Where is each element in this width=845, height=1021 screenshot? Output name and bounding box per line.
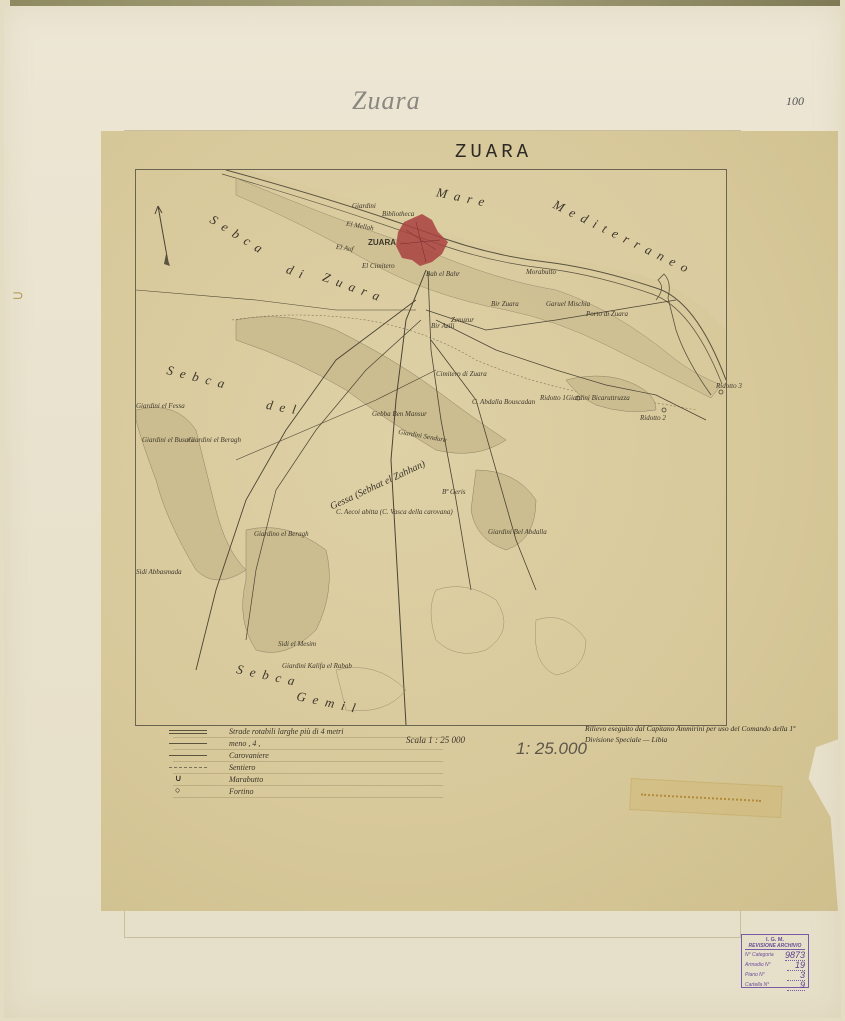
- ruled-line: [173, 761, 443, 762]
- label-cimitero-zuara: Cimitero di Zuara: [436, 370, 487, 378]
- label-bir-zuara: Bir Zuara: [491, 300, 519, 308]
- legend-item: meno , 4 ,: [161, 739, 441, 749]
- legend-item: ∪ Marabutto: [161, 775, 441, 785]
- label-gebba-ben-mansur: Gebba Ben Mansur: [372, 410, 427, 418]
- stamp-row-armadio: Armadio N° 19: [745, 961, 805, 971]
- stamp-row-piano: Piano N° 3: [745, 971, 805, 981]
- label-giardini-el-beragh: Giardini el Beragh: [188, 436, 241, 444]
- legend-item: ○ Fortino: [161, 787, 441, 797]
- label-giardini-el-busara: Giardini el Busara: [142, 436, 195, 444]
- handwritten-title: Zuara: [352, 86, 421, 116]
- north-arrow-icon: [155, 206, 170, 266]
- label-porto: Porto di Zuara: [586, 310, 628, 318]
- label-town-zuara: ZUARA: [368, 238, 396, 247]
- ruled-line: [173, 797, 443, 798]
- label-cimitero: El Cimitero: [362, 262, 395, 270]
- label-giardini-el-fessa: Giardini el Fessa: [136, 402, 185, 410]
- survey-note: Rilievo eseguito dal Capitano Ammirini p…: [585, 723, 797, 745]
- label-morabutto: Morabutto: [526, 268, 556, 276]
- archive-stamp: I. G. M. REVISIONE ARCHIVIO N° Categoria…: [741, 934, 809, 988]
- ruled-line: [173, 749, 443, 750]
- legend-item: Sentiero: [161, 763, 441, 773]
- label-ridotto-3: Ridotto 3: [716, 382, 742, 390]
- mount-top-edge: [10, 0, 840, 6]
- map-title: ZUARA: [101, 141, 838, 163]
- label-abdalla-bouscadan: C. Abdalla Bouscadan: [472, 398, 535, 406]
- pencil-mark: ⊃: [12, 288, 24, 305]
- legend-item: Strade rotabili larghe più di 4 metri: [161, 727, 441, 737]
- road-single-line-icon: [169, 743, 207, 744]
- label-giardini-bel-abdalla: Giardini Bel Abdalla: [488, 528, 547, 536]
- label-bab-el-bahr: Bab el Bahr: [426, 270, 460, 278]
- legend-item: Carovaniere: [161, 751, 441, 761]
- label-giardini-kalifa: Giardini Kalifa el Rabab: [282, 662, 352, 670]
- scale-text: Scala 1 : 25 000: [406, 735, 465, 745]
- label-zenuzur: Zenuzur: [451, 316, 474, 324]
- sheet-number: 100: [786, 94, 804, 109]
- road-double-line-icon: [169, 730, 207, 734]
- label-bir-geris: Bª Geris: [442, 488, 466, 496]
- ruled-line: [173, 785, 443, 786]
- stamp-subheader: REVISIONE ARCHIVIO: [745, 943, 805, 950]
- footpath-icon: [169, 767, 207, 768]
- label-ridotto-1: Ridotto 1: [540, 394, 566, 402]
- label-biblioteca: Bibliotheca: [382, 210, 414, 218]
- label-sidi-el-mesim: Sidi el Mesim: [278, 640, 316, 648]
- label-giardini-bicaruttruzza: Giardini Bicaruttruzza: [566, 394, 630, 402]
- ruled-line: [173, 737, 443, 738]
- map-frame: Mare Mediterraneo Sebca di Zuara Sebca d…: [135, 169, 727, 726]
- label-sidi-abbasmada: Sidi Abbasmada: [136, 568, 182, 576]
- label-giardini: Giardini: [352, 202, 376, 210]
- label-pozzi: C. Aecoi abitta (C. Vasca della carovana…: [336, 508, 453, 516]
- ruled-line: [173, 773, 443, 774]
- stamp-row-cartella: Cartella N° 9: [745, 981, 805, 991]
- scale-ratio: 1: 25.000: [516, 739, 587, 759]
- caravan-track-icon: [169, 755, 207, 756]
- label-garuel-mischia: Garuel Mischia: [546, 300, 590, 308]
- label-giardino-beragh: Giardino el Beragh: [254, 530, 309, 538]
- label-ridotto-2: Ridotto 2: [640, 414, 666, 422]
